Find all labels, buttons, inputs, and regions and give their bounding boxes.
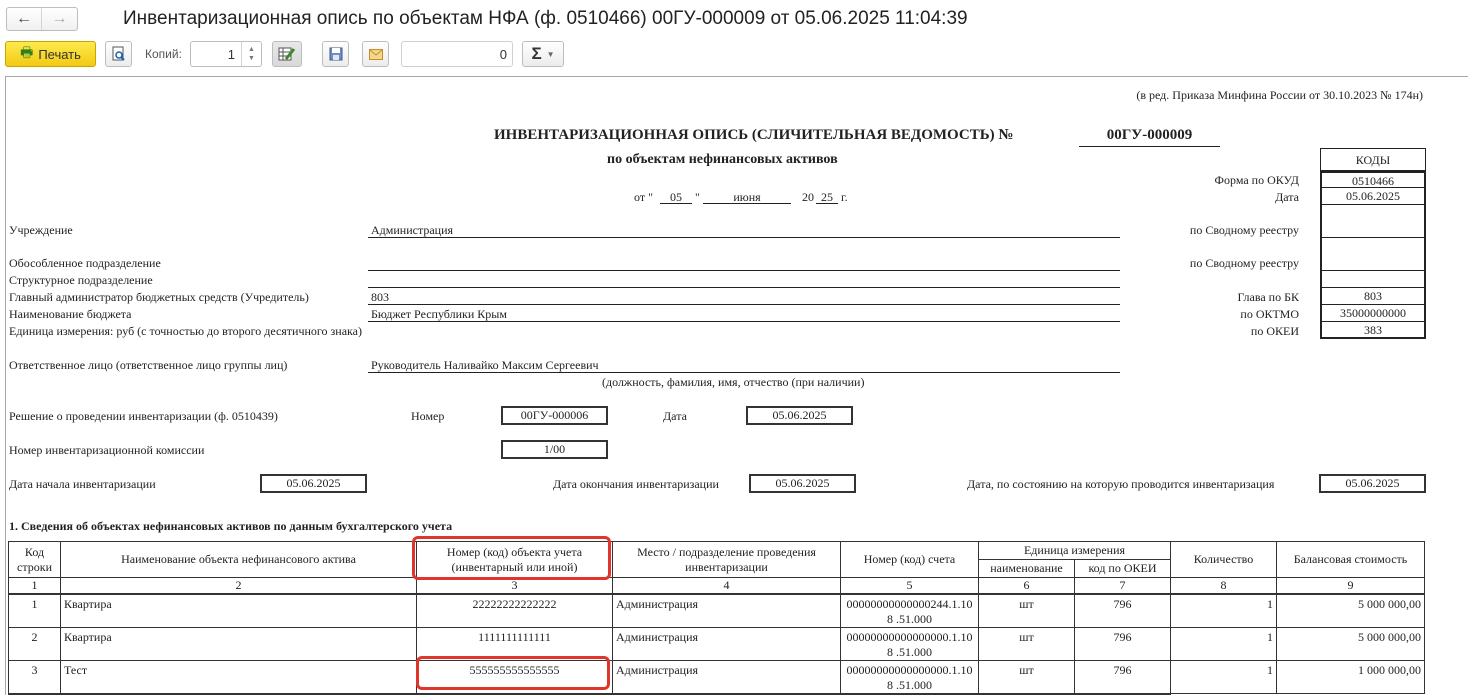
budget-label: Наименование бюджета [9,307,132,322]
cell-unit-okei[interactable]: 796 [1075,594,1171,628]
cell-value[interactable]: 5 000 000,00 [1277,627,1425,660]
cell-code[interactable]: 2 [9,627,61,660]
header-name: Наименование объекта нефинансового актив… [61,542,417,578]
decision-date-label: Дата [663,409,687,424]
responsible-label: Ответственное лицо (ответственное лицо г… [9,358,287,373]
col-num: 9 [1277,578,1425,594]
arrow-right-icon: → [52,10,68,28]
separate-unit-label: Обособленное подразделение [9,256,161,271]
chevron-down-icon: ▼ [547,50,555,59]
document-subheading: по объектам нефинансовых активов [607,152,838,168]
institution-underline [368,237,1120,238]
bk-label: Глава по БК [1238,290,1300,305]
navigation-group: ← → [6,7,78,31]
title-bar: ← → Инвентаризационная опись по объектам… [0,0,1468,38]
struct-unit-label: Структурное подразделение [9,273,153,288]
cell-unit-name[interactable]: шт [979,627,1075,660]
cell-account[interactable]: 00000000000000244.1.108 .51.000 [841,594,979,628]
edit-toggle-button[interactable] [272,41,302,67]
year-underline [816,203,838,204]
printer-icon: 🖶 [20,42,33,66]
forward-button[interactable]: → [42,8,77,30]
copies-label: Копий: [145,47,182,61]
stepper-up-icon[interactable]: ▲ [248,45,255,54]
okud-label: Форма по ОКУД [1215,173,1299,188]
col-num: 8 [1171,578,1277,594]
column-number-row: 1 2 3 4 5 6 7 8 9 [9,578,1425,594]
cell-place[interactable]: Администрация [613,627,841,660]
section1-title: 1. Сведения об объектах нефинансовых акт… [9,519,452,534]
date-year-prefix: 20 [802,190,814,205]
chief-admin-underline [368,304,1120,305]
highlight-inv-number-cell [416,656,610,690]
cell-qty[interactable]: 1 [1171,627,1277,660]
start-date-value[interactable]: 05.06.2025 [260,474,367,493]
cell-inv-number[interactable]: 22222222222222 [417,594,613,628]
cell-qty[interactable]: 1 [1171,660,1277,694]
arrow-left-icon: ← [16,10,32,28]
sum-field[interactable]: 0 [401,41,513,67]
decision-label: Решение о проведении инвентаризации (ф. … [9,409,278,424]
reestr1-label: по Сводному реестру [1190,223,1299,238]
cell-value[interactable]: 5 000 000,00 [1277,594,1425,628]
header-value: Балансовая стоимость [1277,542,1425,578]
bk-code[interactable]: 803 [1320,288,1426,305]
table-row[interactable]: 1 Квартира 22222222222222 Администрация … [9,594,1425,628]
header-account: Номер (код) счета [841,542,979,578]
okei-label: по ОКЕИ [1251,324,1299,339]
decision-number-value[interactable]: 00ГУ-000006 [501,406,608,425]
institution-label: Учреждение [9,223,73,238]
header-qty: Количество [1171,542,1277,578]
reestr1-code[interactable] [1320,205,1426,238]
cell-value[interactable]: 1 000 000,00 [1277,660,1425,694]
budget-value[interactable]: Бюджет Республики Крым [371,307,507,322]
floppy-disk-icon [329,47,343,61]
col-num: 7 [1075,578,1171,594]
commission-label: Номер инвентаризационной комиссии [9,443,204,458]
window-title: Инвентаризационная опись по объектам НФА… [123,8,968,30]
copies-stepper[interactable]: ▲▼ [241,42,261,66]
asof-date-label: Дата, по состоянию на которую проводится… [967,477,1274,492]
end-date-value[interactable]: 05.06.2025 [749,474,856,493]
day-underline [660,203,692,204]
codes-header: КОДЫ [1320,148,1426,171]
print-button[interactable]: 🖶 Печать [5,41,96,67]
header-unit-okei: код по ОКЕИ [1075,560,1171,578]
sum-menu-button[interactable]: Σ▼ [522,41,564,67]
chief-admin-value[interactable]: 803 [371,290,389,305]
struct-unit-underline [368,287,1120,288]
cell-account[interactable]: 00000000000000000.1.108 .51.000 [841,660,979,694]
cell-qty[interactable]: 1 [1171,594,1277,628]
decision-date-value[interactable]: 05.06.2025 [746,406,853,425]
cell-name[interactable]: Квартира [61,627,417,660]
spreadsheet-document: (в ред. Приказа Минфина России от 30.10.… [5,76,1468,695]
okud-code[interactable]: 0510466 [1320,171,1426,188]
codes-table: КОДЫ 0510466 05.06.2025 803 35000000000 … [1320,148,1426,339]
cell-code[interactable]: 1 [9,594,61,628]
commission-value[interactable]: 1/00 [501,440,608,459]
cell-place[interactable]: Администрация [613,594,841,628]
oktmo-code[interactable]: 35000000000 [1320,305,1426,322]
cell-unit-okei[interactable]: 796 [1075,627,1171,660]
responsible-underline [368,372,1120,373]
header-unit-name: наименование [979,560,1075,578]
month-underline [703,203,791,204]
sigma-icon: Σ [531,44,541,64]
number-underline [1079,146,1220,147]
copies-value: 1 [228,47,235,62]
cell-code[interactable]: 3 [9,660,61,694]
document-area[interactable]: (в ред. Приказа Минфина России от 30.10.… [5,76,1468,695]
okei-code[interactable]: 383 [1320,322,1426,339]
cell-unit-okei[interactable]: 796 [1075,660,1171,694]
header-unit-group: Единица измерения [979,542,1171,560]
responsible-value[interactable]: Руководитель Наливайко Максим Сергеевич [371,358,599,373]
institution-value[interactable]: Администрация [371,223,453,238]
back-button[interactable]: ← [7,8,42,30]
preview-button[interactable] [105,41,132,67]
header-code: Код строки [9,542,61,578]
edit-table-icon [278,46,296,62]
preview-icon [112,46,126,62]
unit-label: Единица измерения: руб (с точностью до в… [9,324,362,339]
cell-unit-name[interactable]: шт [979,660,1075,694]
date-code[interactable]: 05.06.2025 [1320,188,1426,205]
document-heading: ИНВЕНТАРИЗАЦИОННАЯ ОПИСЬ (СЛИЧИТЕЛЬНАЯ В… [494,127,1013,144]
responsible-hint: (должность, фамилия, имя, отчество (при … [602,375,864,390]
envelope-icon [369,49,383,60]
stepper-down-icon[interactable]: ▼ [248,54,255,63]
reestr2-code[interactable] [1320,238,1426,271]
highlight-inv-number-header [412,536,611,580]
print-label: Печать [38,47,81,62]
date-code-label: Дата [1275,190,1299,205]
cell-unit-name[interactable]: шт [979,594,1075,628]
col-num: 2 [61,578,417,594]
cell-name[interactable]: Тест [61,660,417,694]
toolbar: 🖶 Печать Копий: 1 ▲▼ 0 Σ▼ [0,38,1468,74]
date-mid: " [695,190,700,205]
table-row[interactable]: 3 Тест 555555555555555 Администрация 000… [9,660,1425,694]
end-date-label: Дата окончания инвентаризации [553,477,719,492]
oktmo-label: по ОКТМО [1240,307,1299,322]
separate-unit-underline [368,270,1120,271]
empty-code[interactable] [1320,271,1426,288]
col-num: 5 [841,578,979,594]
assets-table: Код строки Наименование объекта нефинанс… [8,541,1425,695]
col-num: 6 [979,578,1075,594]
cell-place[interactable]: Администрация [613,660,841,694]
date-suffix: г. [841,190,848,205]
reestr2-label: по Сводному реестру [1190,256,1299,271]
chief-admin-label: Главный администратор бюджетных средств … [9,290,309,305]
cell-name[interactable]: Квартира [61,594,417,628]
edition-note: (в ред. Приказа Минфина России от 30.10.… [1136,88,1423,103]
col-num: 4 [613,578,841,594]
sum-value: 0 [500,47,507,62]
copies-input[interactable]: 1 ▲▼ [190,41,262,67]
document-number: 00ГУ-000009 [1079,127,1220,144]
col-num: 1 [9,578,61,594]
cell-account[interactable]: 00000000000000000.1.108 .51.000 [841,627,979,660]
start-date-label: Дата начала инвентаризации [9,477,156,492]
date-prefix: от " [634,190,653,205]
send-email-button[interactable] [362,41,389,67]
budget-underline [368,321,1120,322]
header-place: Место / подразделение проведения инвента… [613,542,841,578]
table-row[interactable]: 2 Квартира 1111111111111 Администрация 0… [9,627,1425,660]
asof-date-value[interactable]: 05.06.2025 [1319,474,1426,493]
table-header-row: Код строки Наименование объекта нефинанс… [9,542,1425,560]
decision-number-label: Номер [411,409,444,424]
save-button[interactable] [322,41,349,67]
